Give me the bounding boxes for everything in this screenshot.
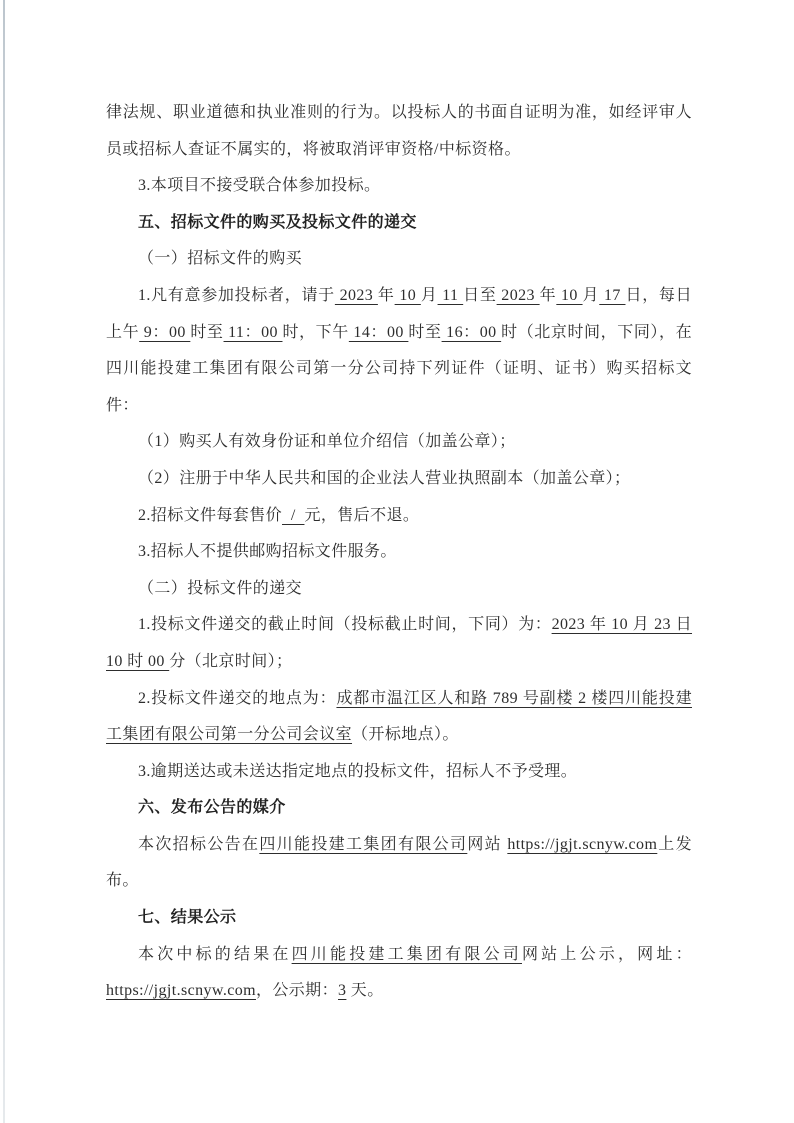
- underlined-text: 16：00: [442, 324, 502, 341]
- document-paragraph: 1.投标文件递交的截止时间（投标截止时间，下同）为：2023 年 10 月 23…: [106, 607, 692, 680]
- underlined-text: 四川能投建工集团有限公司: [259, 836, 467, 853]
- text-run: （开标地点）。: [352, 726, 459, 743]
- text-run: 本次招标公告在: [138, 836, 259, 853]
- document-paragraph: 本次中标的结果在四川能投建工集团有限公司网站上公示，网址：https://jgj…: [106, 937, 692, 1010]
- text-run: 天。: [346, 982, 383, 999]
- document-paragraph: （一）招标文件的购买: [106, 241, 692, 278]
- document-paragraph: 2.投标文件递交的地点为：成都市温江区人和路 789 号副楼 2 楼四川能投建工…: [106, 681, 692, 754]
- underlined-text: 17: [599, 287, 625, 304]
- text-run: 时，下午: [282, 324, 348, 341]
- document-paragraph: （二）投标文件的递交: [106, 571, 692, 608]
- underlined-text: 9：00: [139, 324, 190, 341]
- document-paragraph: （2）注册于中华人民共和国的企业法人营业执照副本（加盖公章）；: [106, 461, 692, 498]
- underlined-text: 10: [556, 287, 582, 304]
- section-heading: 六、发布公告的媒介: [106, 790, 692, 827]
- underlined-text: https://jgjt.scnyw.com: [106, 982, 256, 999]
- text-run: 3.逾期送达或未送达指定地点的投标文件，招标人不予受理。: [138, 763, 577, 780]
- text-run: ，公示期：: [256, 982, 338, 999]
- text-run: 本次中标的结果在: [138, 946, 292, 963]
- text-run: 元，售后不退。: [304, 507, 419, 524]
- text-run: （2）注册于中华人民共和国的企业法人营业执照副本（加盖公章）；: [138, 470, 630, 487]
- document-paragraph: 1.凡有意参加投标者，请于 2023 年 10 月 11 日至 2023 年 1…: [106, 278, 692, 424]
- text-run: 律法规、职业道德和执业准则的行为。以投标人的书面自证明为准，如经评审人员或招标人…: [106, 104, 692, 158]
- text-run: 2.投标文件递交的地点为：: [138, 690, 336, 707]
- document-paragraph: 2.招标文件每套售价 / 元，售后不退。: [106, 498, 692, 535]
- document-paragraph: （1）购买人有效身份证和单位介绍信（加盖公章）；: [106, 424, 692, 461]
- text-run: 时至: [408, 324, 441, 341]
- section-heading: 五、招标文件的购买及投标文件的递交: [106, 205, 692, 242]
- underlined-text: 11: [438, 287, 464, 304]
- text-run: 网站上公示，网址：: [522, 946, 692, 963]
- section-heading: 七、结果公示: [106, 900, 692, 937]
- text-run: 日至: [463, 287, 496, 304]
- text-run: 年: [540, 287, 557, 304]
- underlined-text: 四川能投建工集团有限公司: [292, 946, 522, 963]
- text-run: （一）招标文件的购买: [138, 250, 302, 267]
- text-run: 2.招标文件每套售价: [138, 507, 282, 524]
- text-run: （二）投标文件的递交: [138, 580, 302, 597]
- document-page: 律法规、职业道德和执业准则的行为。以投标人的书面自证明为准，如经评审人员或招标人…: [0, 0, 794, 1123]
- text-run: （1）购买人有效身份证和单位介绍信（加盖公章）；: [138, 433, 516, 450]
- document-paragraph: 律法规、职业道德和执业准则的行为。以投标人的书面自证明为准，如经评审人员或招标人…: [106, 95, 692, 168]
- text-run: 1.凡有意参加投标者，请于: [138, 287, 335, 304]
- document-paragraph: 本次招标公告在四川能投建工集团有限公司网站 https://jgjt.scnyw…: [106, 827, 692, 900]
- text-run: 六、发布公告的媒介: [138, 799, 286, 816]
- text-run: 网站: [467, 836, 507, 853]
- document-paragraph: 3.招标人不提供邮购招标文件服务。: [106, 534, 692, 571]
- text-run: 五、招标文件的购买及投标文件的递交: [138, 214, 417, 231]
- document-body: 律法规、职业道德和执业准则的行为。以投标人的书面自证明为准，如经评审人员或招标人…: [106, 95, 692, 1010]
- underlined-text: https://jgjt.scnyw.com: [507, 836, 657, 853]
- underlined-text: /: [282, 507, 304, 524]
- underlined-text: 10: [395, 287, 421, 304]
- text-run: 七、结果公示: [138, 909, 236, 926]
- document-paragraph: 3.本项目不接受联合体参加投标。: [106, 168, 692, 205]
- text-run: 年: [378, 287, 395, 304]
- text-run: 月: [583, 287, 600, 304]
- text-run: 1.投标文件递交的截止时间（投标截止时间，下同）为：: [138, 616, 552, 633]
- underlined-text: 14：00: [349, 324, 409, 341]
- text-run: 时至: [190, 324, 223, 341]
- underlined-text: 2023: [497, 287, 540, 304]
- text-run: 3.招标人不提供邮购招标文件服务。: [138, 543, 397, 560]
- scan-artifact-line: [3, 0, 5, 1123]
- underlined-text: 2023: [335, 287, 378, 304]
- text-run: 分（北京时间）；: [169, 653, 292, 670]
- underlined-text: 11：00: [224, 324, 283, 341]
- document-paragraph: 3.逾期送达或未送达指定地点的投标文件，招标人不予受理。: [106, 754, 692, 791]
- text-run: 月: [421, 287, 438, 304]
- text-run: 3.本项目不接受联合体参加投标。: [138, 177, 380, 194]
